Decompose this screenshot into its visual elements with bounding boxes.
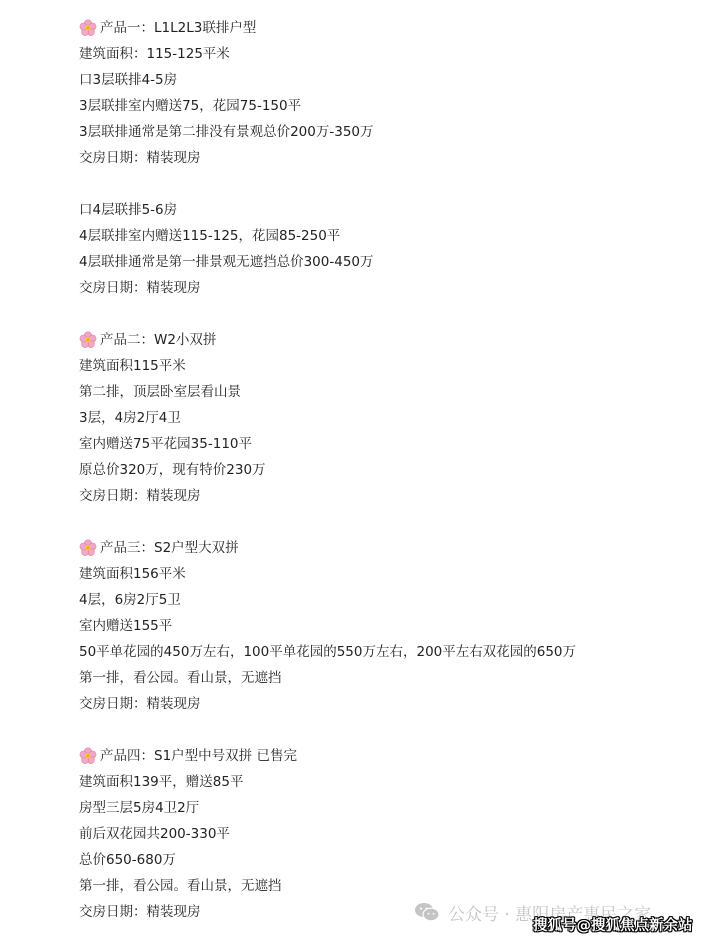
- product-title-text: 产品一：L1L2L3联排户型: [100, 15, 256, 41]
- product-title-text: 产品二：W2小双拼: [100, 327, 216, 353]
- spec-line: 3层，4房2厅4卫: [79, 405, 699, 431]
- spec-line: 4层联排通常是第一排景观无遮挡总价300-450万: [79, 249, 699, 275]
- wechat-icon: [414, 902, 440, 922]
- spec-line: 前后双花园共200-330平: [79, 821, 699, 847]
- product-title-text: 产品四：S1户型中号双拼 已售完: [100, 743, 297, 769]
- spec-line: 室内赠送155平: [79, 613, 699, 639]
- spec-line: 建筑面积115平米: [79, 353, 699, 379]
- product-title: 产品二：W2小双拼: [79, 327, 699, 353]
- spec-line: 第一排，看公园。看山景，无遮挡: [79, 665, 699, 691]
- spec-line: 3层联排通常是第二排没有景观总价200万-350万: [79, 119, 699, 145]
- spec-line: 口3层联排4-5房: [79, 67, 699, 93]
- spec-line: 口4层联排5-6房: [79, 197, 699, 223]
- spec-line: 3层联排室内赠送75，花园75-150平: [79, 93, 699, 119]
- spec-line: 4层，6房2厅5卫: [79, 587, 699, 613]
- spec-line: 50平单花园的450万左右，100平单花园的550万左右，200平左右双花园的6…: [79, 639, 699, 665]
- spec-line: 总价650-680万: [79, 847, 699, 873]
- spec-line: 建筑面积：115-125平米: [79, 41, 699, 67]
- spec-line: 建筑面积156平米: [79, 561, 699, 587]
- cherry-blossom-icon: [79, 539, 97, 557]
- product-title-text: 产品三：S2户型大双拼: [100, 535, 239, 561]
- spec-line: 第二排，顶层卧室层看山景: [79, 379, 699, 405]
- product-title: 产品一：L1L2L3联排户型: [79, 15, 699, 41]
- product-title: 产品四：S1户型中号双拼 已售完: [79, 743, 699, 769]
- product-title: 产品三：S2户型大双拼: [79, 535, 699, 561]
- delivery-line: 交房日期：精装现房: [79, 275, 699, 301]
- product-section-3: 产品三：S2户型大双拼 建筑面积156平米 4层，6房2厅5卫 室内赠送155平…: [79, 535, 699, 717]
- spec-line: 第一排，看公园。看山景，无遮挡: [79, 873, 699, 899]
- spec-line: 原总价320万，现有特价230万: [79, 457, 699, 483]
- cherry-blossom-icon: [79, 331, 97, 349]
- spec-line: 4层联排室内赠送115-125，花园85-250平: [79, 223, 699, 249]
- cherry-blossom-icon: [79, 19, 97, 37]
- sohu-watermark: 搜狐号@搜狐焦点新余站: [533, 914, 693, 935]
- cherry-blossom-icon: [79, 747, 97, 765]
- product-section-1: 产品一：L1L2L3联排户型 建筑面积：115-125平米 口3层联排4-5房 …: [79, 15, 699, 171]
- article-body: 产品一：L1L2L3联排户型 建筑面积：115-125平米 口3层联排4-5房 …: [79, 15, 699, 925]
- delivery-line: 交房日期：精装现房: [79, 483, 699, 509]
- delivery-line: 交房日期：精装现房: [79, 145, 699, 171]
- spec-line: 房型三层5房4卫2厅: [79, 795, 699, 821]
- product-section-2: 产品二：W2小双拼 建筑面积115平米 第二排，顶层卧室层看山景 3层，4房2厅…: [79, 327, 699, 509]
- spec-line: 室内赠送75平花园35-110平: [79, 431, 699, 457]
- delivery-line: 交房日期：精装现房: [79, 691, 699, 717]
- spec-line: 建筑面积139平，赠送85平: [79, 769, 699, 795]
- product-section-1-sub: 口4层联排5-6房 4层联排室内赠送115-125，花园85-250平 4层联排…: [79, 197, 699, 301]
